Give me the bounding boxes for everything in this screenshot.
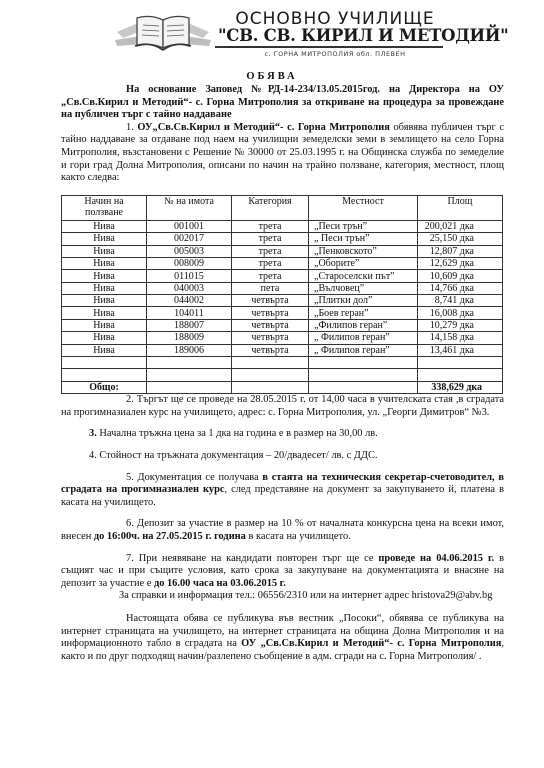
item-7-date: проведе на 04.06.2015 г.	[378, 553, 494, 564]
cell-area: 14,158 дка	[418, 332, 503, 344]
cell-area	[418, 369, 503, 381]
cell-area: 200,021 дка	[418, 220, 503, 232]
table-row: Нива188009четвърта„ Филипов геран”14,158…	[62, 332, 503, 344]
table-header-row: Начин на ползване № на имота Категория М…	[62, 195, 503, 220]
cell-property-no: 188009	[147, 332, 232, 344]
item-1-school-name: ОУ„Св.Св.Кирил и Методий“- с. Горна Митр…	[137, 122, 389, 133]
table-row: Нива040003пета„Вълчовец”14,766 дка	[62, 282, 503, 294]
cell-area: 25,150 дка	[418, 233, 503, 245]
item-4-paragraph: 4. Стойност на тръжната документация – 2…	[61, 450, 504, 463]
cell-locality: „ Песи трън”	[309, 233, 418, 245]
cell-usage: Нива	[62, 270, 147, 282]
cell-locality: „Боев геран”	[309, 307, 418, 319]
item-6-deadline: до 16:00ч. на 27.05.2015 г. година	[94, 531, 246, 542]
cell-property-no: 189006	[147, 344, 232, 356]
total-label: Общо:	[62, 381, 147, 393]
cell-usage: Нива	[62, 344, 147, 356]
cell-locality: „Пенковското”	[309, 245, 418, 257]
item-7-lead: 7. При неявяване на кандидати повторен т…	[126, 553, 378, 564]
intro-paragraph: На основание Заповед №РД-14-234/13.05.20…	[61, 84, 504, 122]
cell-property-no: 011015	[147, 270, 232, 282]
cell-category: трета	[232, 270, 309, 282]
col-header-usage: Начин на ползване	[62, 195, 147, 220]
col-header-locality: Местност	[309, 195, 418, 220]
cell-category: пета	[232, 282, 309, 294]
cell-usage	[62, 369, 147, 381]
school-name-line2: "СВ. СВ. КИРИЛ И МЕТОДИЙ"	[218, 26, 440, 45]
cell-usage: Нива	[62, 332, 147, 344]
cell-area: 13,461 дка	[418, 344, 503, 356]
cell-category: трета	[232, 257, 309, 269]
cell-usage: Нива	[62, 220, 147, 232]
table-row: Нива044002четвърта„Плитки дол”8,741 дка	[62, 295, 503, 307]
cell-category: четвърта	[232, 344, 309, 356]
table-row	[62, 357, 503, 369]
cell-property-no: 002017	[147, 233, 232, 245]
cell-locality	[309, 357, 418, 369]
item-6-paragraph: 6. Депозит за участие в размер на 10 % о…	[61, 518, 504, 543]
cell-locality: „Песи трън”	[309, 220, 418, 232]
cell-area: 12,807 дка	[418, 245, 503, 257]
cell-property-no: 001001	[147, 220, 232, 232]
table-row: Нива005003трета„Пенковското”12,807 дка	[62, 245, 503, 257]
table-row: Нива188007четвърта„Филипов геран”10,279 …	[62, 319, 503, 331]
item-3-number: 3.	[89, 428, 97, 439]
cell-area: 16,008 дка	[418, 307, 503, 319]
table-row: Нива011015трета„Староселски път”10,609 д…	[62, 270, 503, 282]
school-address: с. ГОРНА МИТРОПОЛИЯ обл. ПЛЕВЕН	[235, 50, 435, 58]
cell-category: четвърта	[232, 332, 309, 344]
cell-property-no: 040003	[147, 282, 232, 294]
table-total-row: Общо: 338,629 дка	[62, 381, 503, 393]
item-3-paragraph: 3. Начална тръжна цена за 1 дка на годин…	[61, 428, 504, 441]
cell-usage	[62, 357, 147, 369]
col-header-category: Категория	[232, 195, 309, 220]
cell-locality: „Филипов геран”	[309, 319, 418, 331]
cell-usage: Нива	[62, 282, 147, 294]
closing-paragraph: Настоящата обява се публикува във вестни…	[61, 613, 504, 663]
table-row: Нива001001трета„Песи трън”200,021 дка	[62, 220, 503, 232]
cell-property-no: 044002	[147, 295, 232, 307]
item-5-paragraph: 5. Документация се получава в стаята на …	[61, 472, 504, 510]
cell-locality: „Староселски път”	[309, 270, 418, 282]
item-1-number: 1.	[126, 122, 137, 133]
land-table: Начин на ползване № на имота Категория М…	[61, 195, 503, 394]
open-book-icon	[115, 10, 211, 52]
col-header-area: Площ	[418, 195, 503, 220]
total-area: 338,629 дка	[418, 381, 503, 393]
letterhead-divider	[215, 46, 443, 48]
cell-category: трета	[232, 233, 309, 245]
item-5-lead: 5. Документация се получава	[126, 472, 262, 483]
item-7-deadline: до 16.00 часа на 03.06.2015 г.	[154, 578, 286, 589]
letterhead: ОСНОВНО УЧИЛИЩЕ "СВ. СВ. КИРИЛ И МЕТОДИЙ…	[115, 4, 435, 60]
cell-property-no: 008009	[147, 257, 232, 269]
cell-property-no	[147, 357, 232, 369]
cell-usage: Нива	[62, 245, 147, 257]
cell-property-no: 188007	[147, 319, 232, 331]
item-7-paragraph: 7. При неявяване на кандидати повторен т…	[61, 553, 504, 591]
cell-usage: Нива	[62, 233, 147, 245]
table-row: Нива104011четвърта„Боев геран”16,008 дка	[62, 307, 503, 319]
cell-locality: „Вълчовец”	[309, 282, 418, 294]
cell-usage: Нива	[62, 307, 147, 319]
cell-locality: „Плитки дол”	[309, 295, 418, 307]
cell-property-no: 005003	[147, 245, 232, 257]
cell-usage: Нива	[62, 295, 147, 307]
document-body: На основание Заповед №РД-14-234/13.05.20…	[61, 84, 504, 663]
cell-category: четвърта	[232, 319, 309, 331]
table-row: Нива008009трета„Оборите”12,629 дка	[62, 257, 503, 269]
cell-area: 10,609 дка	[418, 270, 503, 282]
item-2-paragraph: 2. Търгът ще се проведе на 28.05.2015 г.…	[61, 394, 504, 419]
cell-locality: „ Филипов геран”	[309, 332, 418, 344]
cell-locality: „ Филипов геран”	[309, 344, 418, 356]
closing-school-name: ОУ „Св.Св.Кирил и Методий“- с. Горна Мит…	[241, 638, 501, 649]
cell-locality	[309, 369, 418, 381]
cell-category	[232, 369, 309, 381]
cell-usage: Нива	[62, 257, 147, 269]
cell-area: 10,279 дка	[418, 319, 503, 331]
cell-category: четвърта	[232, 307, 309, 319]
cell-category: четвърта	[232, 295, 309, 307]
document-title: ОБЯВА	[0, 71, 544, 82]
item-6-text: в касата на училището.	[246, 531, 351, 542]
cell-usage: Нива	[62, 319, 147, 331]
cell-property-no: 104011	[147, 307, 232, 319]
contact-line: За справки и информация тел.: 06556/2310…	[61, 590, 504, 603]
col-header-property-no: № на имота	[147, 195, 232, 220]
cell-category	[232, 357, 309, 369]
item-3-text: Начална тръжна цена за 1 дка на година е…	[97, 428, 378, 439]
cell-area	[418, 357, 503, 369]
cell-area: 8,741 дка	[418, 295, 503, 307]
table-row: Нива189006четвърта„ Филипов геран”13,461…	[62, 344, 503, 356]
table-row	[62, 369, 503, 381]
item-1-paragraph: 1. ОУ„Св.Св.Кирил и Методий“- с. Горна М…	[61, 122, 504, 185]
cell-property-no	[147, 369, 232, 381]
cell-category: трета	[232, 220, 309, 232]
cell-category: трета	[232, 245, 309, 257]
table-row: Нива002017трета„ Песи трън”25,150 дка	[62, 233, 503, 245]
cell-area: 12,629 дка	[418, 257, 503, 269]
cell-area: 14,766 дка	[418, 282, 503, 294]
cell-locality: „Оборите”	[309, 257, 418, 269]
